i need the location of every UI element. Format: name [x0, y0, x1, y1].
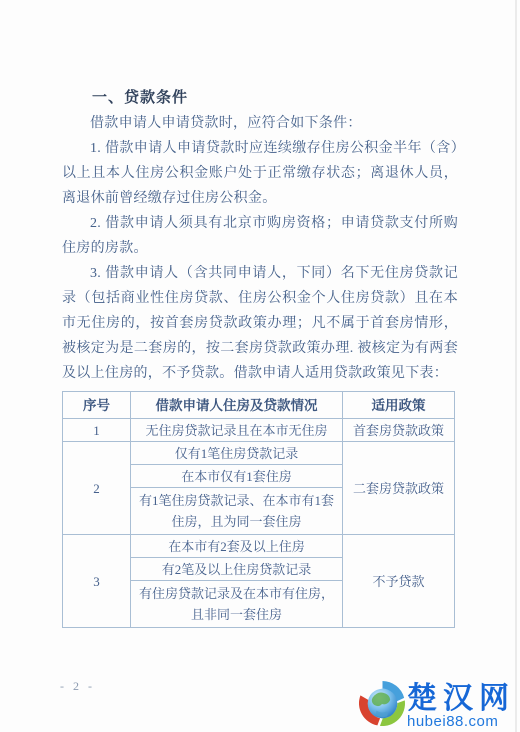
paragraph-condition-1: 1. 借款申请人申请贷款时应连续缴存住房公积金半年（含）以上且本人住房公积金账户…	[62, 136, 458, 211]
site-name: 楚汉网	[407, 684, 515, 714]
policy-cell: 不予贷款	[343, 535, 455, 628]
table-row: 1 无住房贷款记录且在本市无住房 首套房贷款政策	[63, 419, 455, 442]
paragraph-condition-2: 2. 借款申请人须具有北京市购房资格；申请贷款支付所购住房的房款。	[62, 211, 458, 261]
page-number: - 2 -	[60, 679, 95, 694]
table-row: 3 在本市有2套及以上住房 不予贷款	[63, 535, 455, 558]
site-watermark: 楚汉网 hubei88.com	[359, 664, 515, 730]
table-row: 2 仅有1笔住房贷款记录 二套房贷款政策	[63, 442, 455, 465]
policy-cell: 二套房贷款政策	[343, 442, 455, 535]
section-title: 一、贷款条件	[62, 86, 458, 111]
seq-cell: 2	[63, 442, 131, 535]
column-header-seq: 序号	[63, 392, 131, 419]
column-header-policy: 适用政策	[343, 392, 455, 419]
condition-cell: 有住房贷款记录及在本市有住房，且非同一套住房	[131, 581, 343, 628]
globe-icon	[359, 680, 406, 727]
paragraph-intro: 借款申请人申请贷款时，应符合如下条件：	[62, 111, 458, 136]
watermark-text: 楚汉网 hubei88.com	[407, 664, 515, 730]
document-page: 一、贷款条件 借款申请人申请贷款时，应符合如下条件： 1. 借款申请人申请贷款时…	[0, 0, 520, 732]
site-url: hubei88.com	[407, 714, 515, 730]
condition-cell: 仅有1笔住房贷款记录	[131, 442, 343, 465]
document-content: 一、贷款条件 借款申请人申请贷款时，应符合如下条件： 1. 借款申请人申请贷款时…	[62, 86, 458, 628]
table-header-row: 序号 借款申请人住房及贷款情况 适用政策	[63, 392, 455, 419]
condition-cell: 有1笔住房贷款记录、在本市有1套住房，且为同一套住房	[131, 488, 343, 535]
condition-cell: 无住房贷款记录且在本市无住房	[131, 419, 343, 442]
policy-cell: 首套房贷款政策	[343, 419, 455, 442]
seq-cell: 3	[63, 535, 131, 628]
scan-edge-line	[515, 0, 517, 732]
loan-policy-table: 序号 借款申请人住房及贷款情况 适用政策 1 无住房贷款记录且在本市无住房 首套…	[62, 391, 455, 628]
column-header-situation: 借款申请人住房及贷款情况	[131, 392, 343, 419]
condition-cell: 有2笔及以上住房贷款记录	[131, 558, 343, 581]
condition-cell: 在本市仅有1套住房	[131, 465, 343, 488]
seq-cell: 1	[63, 419, 131, 442]
paragraph-condition-3: 3. 借款申请人（含共同申请人，下同）名下无住房贷款记录（包括商业性住房贷款、住…	[62, 261, 458, 386]
condition-cell: 在本市有2套及以上住房	[131, 535, 343, 558]
